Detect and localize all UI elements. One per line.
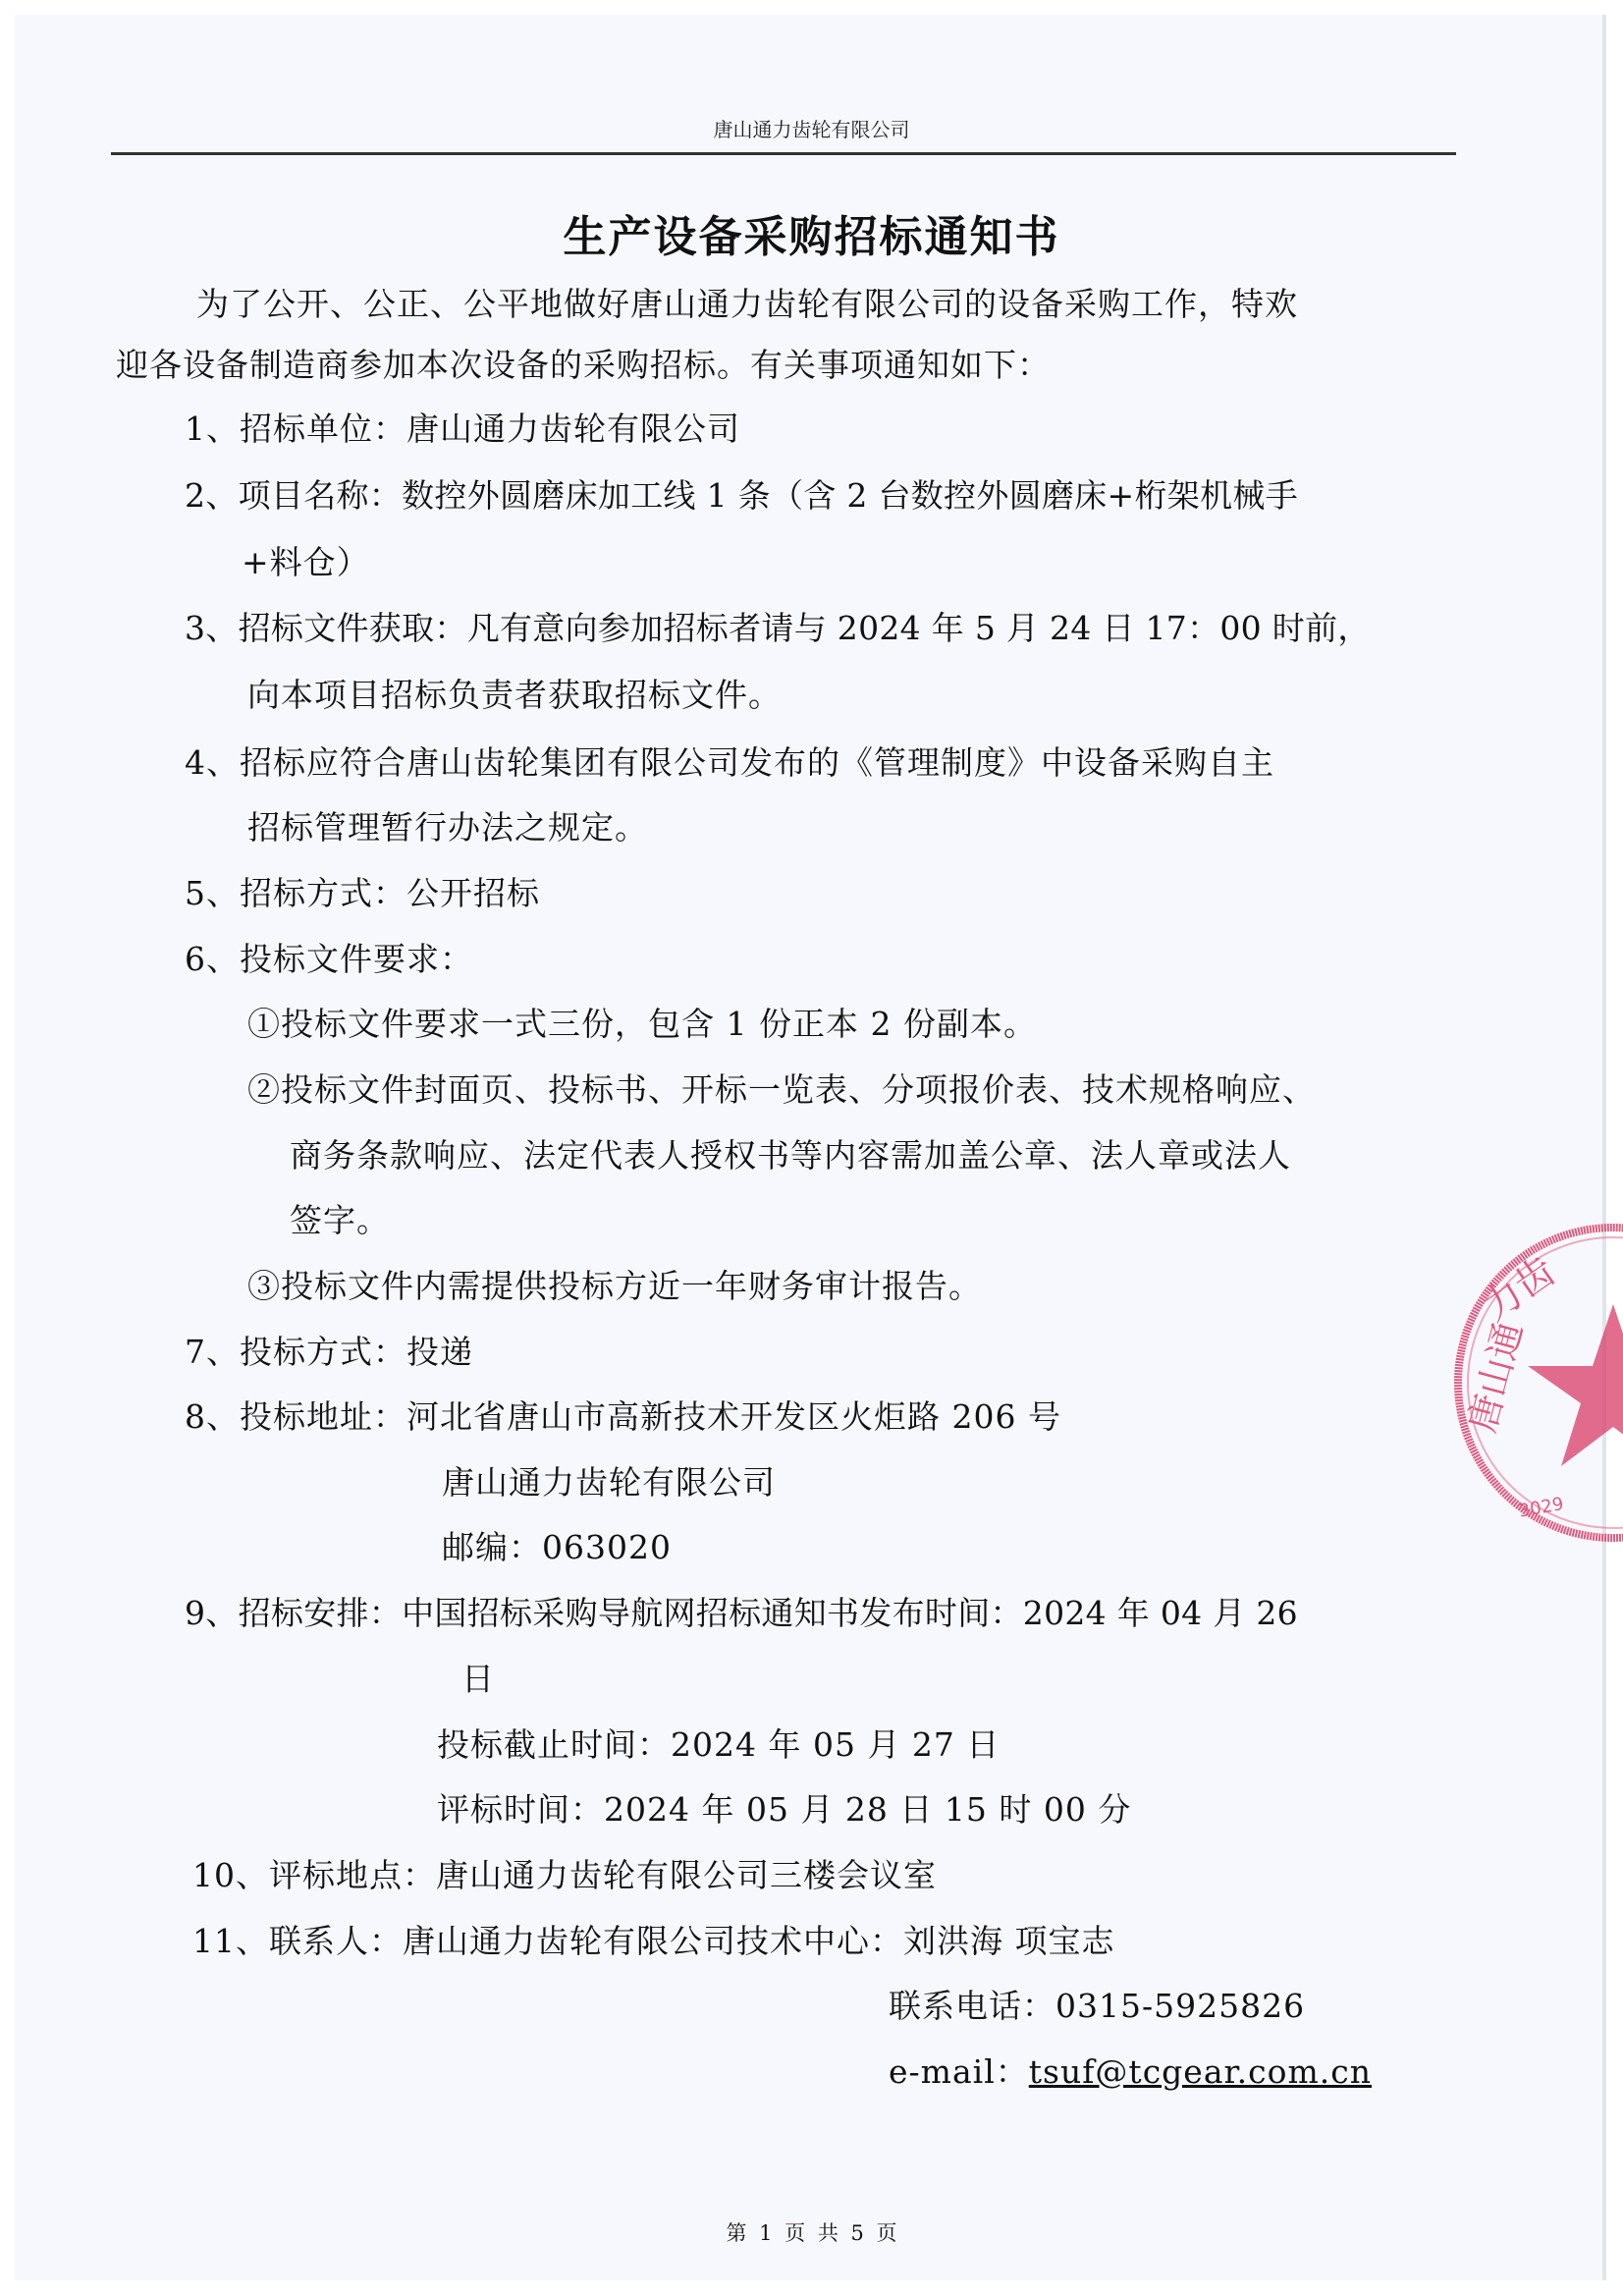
- item-9: 9、招标安排：中国招标采购导航网招标通知书发布时间：2024 年 04 月 26: [185, 1594, 1298, 1633]
- item-6-sub-1: ①投标文件要求一式三份，包含 1 份正本 2 份副本。: [247, 1005, 1037, 1044]
- phone-label: 联系电话：: [889, 1987, 1055, 2025]
- phone-number: 0315-5925826: [1055, 1987, 1305, 2025]
- item-3: 3、招标文件获取：凡有意向参加招标者请与 2024 年 5 月 24 日 17：…: [185, 609, 1371, 648]
- item-7: 7、投标方式：投递: [185, 1333, 473, 1372]
- item-4-continued: 招标管理暂行办法之规定。: [247, 808, 648, 847]
- intro-line-2: 迎各设备制造商参加本次设备的采购招标。有关事项通知如下：: [116, 346, 1051, 385]
- item-5: 5、招标方式：公开招标: [185, 874, 540, 913]
- item-8: 8、投标地址：河北省唐山市高新技术开发区火炬路 206 号: [185, 1397, 1061, 1437]
- item-4: 4、招标应符合唐山齿轮集团有限公司发布的《管理制度》中设备采购自主: [185, 743, 1274, 783]
- item-9-bid-deadline: 投标截止时间：2024 年 05 月 27 日: [437, 1725, 1000, 1765]
- contact-phone: 联系电话：0315-5925826: [889, 1987, 1305, 2026]
- header-divider: [111, 152, 1456, 155]
- page-edge: [1602, 15, 1606, 2280]
- page-footer: 第 1 页 共 5 页: [0, 2217, 1623, 2247]
- intro-line-1: 为了公开、公正、公平地做好唐山通力齿轮有限公司的设备采购工作，特欢: [196, 285, 1298, 324]
- item-6-sub-2-continued-2: 签字。: [290, 1201, 390, 1240]
- item-2: 2、项目名称：数控外圆磨床加工线 1 条（含 2 台数控外圆磨床+桁架机械手: [185, 476, 1298, 516]
- item-6-sub-3: ③投标文件内需提供投标方近一年财务审计报告。: [247, 1267, 982, 1306]
- item-6-sub-2-continued: 商务条款响应、法定代表人授权书等内容需加盖公章、法人章或法人: [290, 1136, 1291, 1175]
- contact-email: e-mail：tsuf@tcgear.com.cn: [889, 2052, 1372, 2092]
- header-company-name: 唐山通力齿轮有限公司: [0, 114, 1623, 142]
- item-11: 11、联系人：唐山通力齿轮有限公司技术中心：刘洪海 项宝志: [192, 1922, 1114, 1961]
- item-8-postcode: 邮编：063020: [442, 1528, 672, 1567]
- item-1: 1、招标单位：唐山通力齿轮有限公司: [185, 410, 740, 449]
- item-3-continued: 向本项目招标负责者获取招标文件。: [247, 676, 782, 715]
- item-9-continued: 日: [461, 1660, 495, 1699]
- item-6-sub-2: ②投标文件封面页、投标书、开标一览表、分项报价表、技术规格响应、: [247, 1070, 1316, 1110]
- item-10: 10、评标地点：唐山通力齿轮有限公司三楼会议室: [192, 1856, 937, 1895]
- document-title: 生产设备采购招标通知书: [0, 201, 1623, 264]
- item-8-company: 唐山通力齿轮有限公司: [442, 1463, 776, 1503]
- email-label: e-mail：: [889, 2052, 1029, 2091]
- item-9-evaluation-time: 评标时间：2024 年 05 月 28 日 15 时 00 分: [437, 1790, 1131, 1830]
- email-link[interactable]: tsuf@tcgear.com.cn: [1029, 2052, 1372, 2091]
- item-2-continued: +料仓）: [242, 543, 370, 582]
- item-6: 6、投标文件要求：: [185, 940, 473, 979]
